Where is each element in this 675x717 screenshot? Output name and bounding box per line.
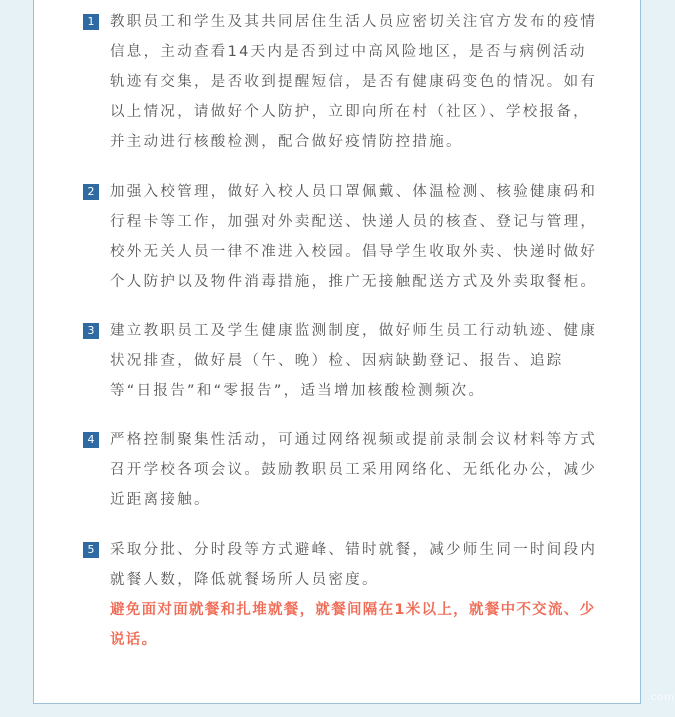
item-text: 建立教职员工及学生健康监测制度，做好师生员工行动轨迹、健康状况排查，做好晨（午、… <box>110 316 603 406</box>
watermark: .com <box>646 692 675 703</box>
content-panel: 1 教职员工和学生及其共同居住生活人员应密切关注官方发布的疫情信息，主动查看14… <box>33 0 641 704</box>
item-text: 采取分批、分时段等方式避峰、错时就餐，减少师生同一时间段内就餐人数，降低就餐场所… <box>110 535 603 595</box>
item-text: 教职员工和学生及其共同居住生活人员应密切关注官方发布的疫情信息，主动查看14天内… <box>110 7 603 157</box>
highlight-warning-text: 避免面对面就餐和扎堆就餐，就餐间隔在1米以上，就餐中不交流、少说话。 <box>110 595 603 655</box>
list-item-2: 2 加强入校管理，做好入校人员口罩佩戴、体温检测、核验健康码和行程卡等工作，加强… <box>83 177 603 297</box>
item-text: 加强入校管理，做好入校人员口罩佩戴、体温检测、核验健康码和行程卡等工作，加强对外… <box>110 177 603 297</box>
number-badge: 1 <box>83 14 99 30</box>
number-badge: 2 <box>83 184 99 200</box>
list-item-3: 3 建立教职员工及学生健康监测制度，做好师生员工行动轨迹、健康状况排查，做好晨（… <box>83 316 603 406</box>
number-badge: 5 <box>83 542 99 558</box>
list-item-4: 4 严格控制聚集性活动，可通过网络视频或提前录制会议材料等方式召开学校各项会议。… <box>83 425 603 515</box>
number-badge: 4 <box>83 432 99 448</box>
list-item-5: 5 采取分批、分时段等方式避峰、错时就餐，减少师生同一时间段内就餐人数，降低就餐… <box>83 535 603 655</box>
list-item-1: 1 教职员工和学生及其共同居住生活人员应密切关注官方发布的疫情信息，主动查看14… <box>83 7 603 157</box>
item-text: 严格控制聚集性活动，可通过网络视频或提前录制会议材料等方式召开学校各项会议。鼓励… <box>110 425 603 515</box>
number-badge: 3 <box>83 323 99 339</box>
